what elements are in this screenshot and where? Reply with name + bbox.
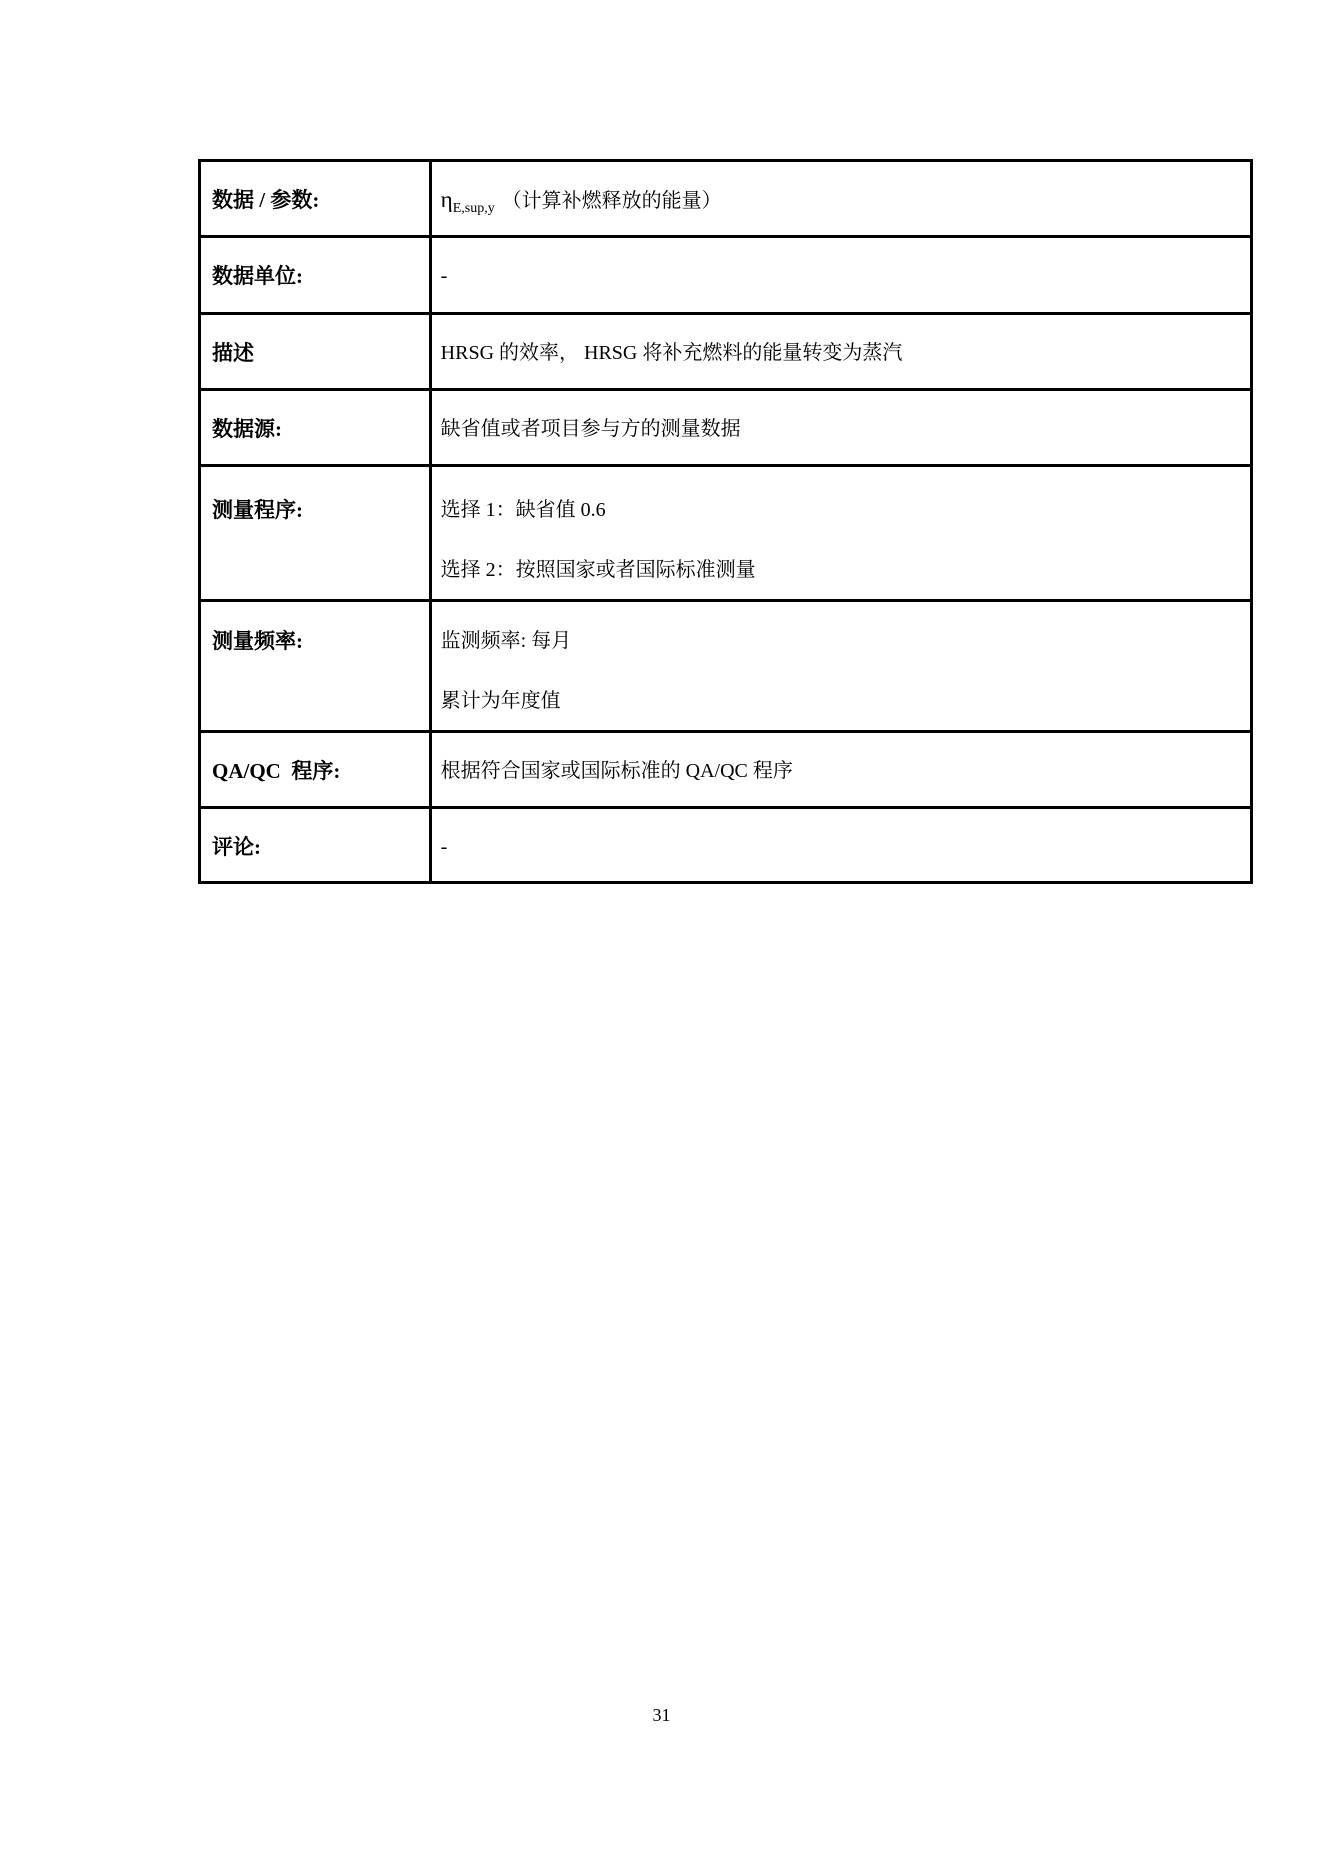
row-value: 监测频率: 每月 累计为年度值 (430, 601, 1251, 732)
row-label: 数据 / 参数: (200, 161, 431, 237)
table-row: 数据 / 参数: ηE,sup,y（计算补燃释放的能量） (200, 161, 1252, 237)
eta-subscript: E,sup,y (453, 201, 495, 216)
table-row: 数据单位: - (200, 237, 1252, 314)
row-value: - (430, 237, 1251, 314)
row-label-text: QA/QC 程序: (201, 733, 429, 784)
row-label-text: 数据源: (201, 391, 429, 442)
row-value-text: 监测频率: 每月 (432, 602, 1250, 654)
row-value-text: 选择 2：按照国家或者国际标准测量 (432, 557, 1250, 583)
parameter-table: 数据 / 参数: ηE,sup,y（计算补燃释放的能量） 数据单位: - 描述 … (198, 159, 1253, 884)
row-label: 描述 (200, 314, 431, 390)
row-value-text: 根据符合国家或国际标准的 QA/QC 程序 (432, 733, 1250, 784)
table-row: QA/QC 程序: 根据符合国家或国际标准的 QA/QC 程序 (200, 732, 1252, 808)
row-value-text: 累计为年度值 (432, 688, 1250, 714)
table-row: 描述 HRSG 的效率， HRSG 将补充燃料的能量转变为蒸汽 (200, 314, 1252, 390)
row-value-text: - (432, 238, 1250, 289)
document-page: 数据 / 参数: ηE,sup,y（计算补燃释放的能量） 数据单位: - 描述 … (0, 0, 1323, 1871)
row-label-text: 测量频率: (201, 602, 429, 654)
row-label: 评论: (200, 808, 431, 883)
row-label-text: 评论: (201, 809, 429, 860)
parameter-description: （计算补燃释放的能量） (502, 190, 722, 212)
row-value: ηE,sup,y（计算补燃释放的能量） (430, 161, 1251, 237)
row-value-text: HRSG 的效率， HRSG 将补充燃料的能量转变为蒸汽 (432, 315, 1250, 366)
row-label: 数据单位: (200, 237, 431, 314)
row-value: 缺省值或者项目参与方的测量数据 (430, 390, 1251, 466)
eta-symbol: η (441, 187, 453, 212)
row-value: - (430, 808, 1251, 883)
row-label-text: 测量程序: (201, 467, 429, 523)
table-row: 测量程序: 选择 1：缺省值 0.6 选择 2：按照国家或者国际标准测量 (200, 466, 1252, 601)
table-row: 评论: - (200, 808, 1252, 883)
row-label: QA/QC 程序: (200, 732, 431, 808)
page-number: 31 (0, 1705, 1323, 1726)
row-label: 测量程序: (200, 466, 431, 601)
row-value: HRSG 的效率， HRSG 将补充燃料的能量转变为蒸汽 (430, 314, 1251, 390)
row-label-text: 数据 / 参数: (201, 162, 429, 213)
row-value: 选择 1：缺省值 0.6 选择 2：按照国家或者国际标准测量 (430, 466, 1251, 601)
row-label-text: 数据单位: (201, 238, 429, 289)
row-value-text: 缺省值或者项目参与方的测量数据 (432, 391, 1250, 442)
row-label-text: 描述 (201, 315, 429, 366)
parameter-formula: ηE,sup,y（计算补燃释放的能量） (432, 162, 1250, 222)
table-row: 测量频率: 监测频率: 每月 累计为年度值 (200, 601, 1252, 732)
row-value-text: 选择 1：缺省值 0.6 (432, 467, 1250, 523)
row-value: 根据符合国家或国际标准的 QA/QC 程序 (430, 732, 1251, 808)
row-label: 数据源: (200, 390, 431, 466)
table-row: 数据源: 缺省值或者项目参与方的测量数据 (200, 390, 1252, 466)
row-label: 测量频率: (200, 601, 431, 732)
row-value-text: - (432, 809, 1250, 860)
